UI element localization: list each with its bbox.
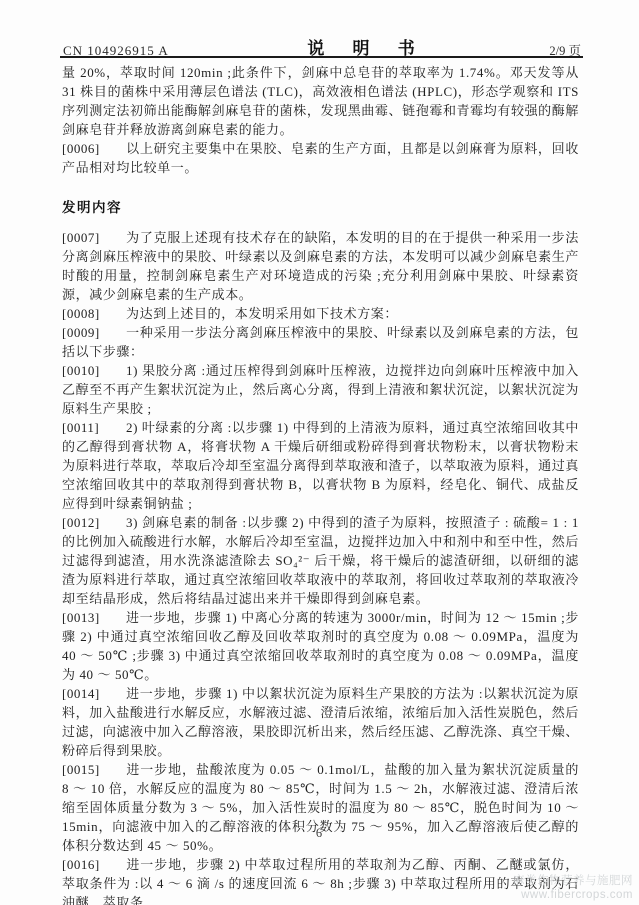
- paragraph-0013: [0013]进一步地，步骤 1) 中离心分离的转速为 3000r/min，时间为…: [62, 608, 579, 684]
- paragraph-0014: [0014]进一步地，步骤 1) 中以絮状沉淀为原料生产果胶的方法为 :以絮状沉…: [62, 684, 579, 760]
- paragraph-0012: [0012]3) 剑麻皂素的制备 :以步骤 2) 中得到的渣子为原料，按照渣子 …: [62, 513, 579, 608]
- paragraph-tag: [0007]: [62, 228, 126, 247]
- paragraph-text: 1) 果胶分离 :通过压榨得到剑麻叶压榨液，边搅拌边向剑麻叶压榨液中加入乙醇至不…: [62, 363, 579, 416]
- paragraph-tag: [0014]: [62, 684, 126, 703]
- paragraph-tag: [0009]: [62, 323, 126, 342]
- paragraph-tag: [0016]: [62, 855, 126, 874]
- paragraph-0006: [0006]以上研究主要集中在果胶、皂素的生产方面，且都是以剑麻膏为原料，回收产…: [62, 139, 579, 177]
- paragraph-0016: [0016]进一步地，步骤 2) 中萃取过程所用的萃取剂为乙醇、丙酮、乙醚或氯仿…: [62, 855, 579, 905]
- paragraph-0008: [0008]为达到上述目的，本发明采用如下技术方案：: [62, 304, 579, 323]
- paragraph-0007: [0007]为了克服上述现有技术存在的缺陷，本发明的目的在于提供一种采用一步法分…: [62, 228, 579, 304]
- watermark: 麻类作物营养与施肥网 www.fibercrops.com: [513, 874, 633, 902]
- paragraph-0010: [0010]1) 果胶分离 :通过压榨得到剑麻叶压榨液，边搅拌边向剑麻叶压榨液中…: [62, 361, 579, 418]
- paragraph-text: 为了克服上述现有技术存在的缺陷，本发明的目的在于提供一种采用一步法分离剑麻压榨液…: [62, 230, 579, 302]
- paragraph-tag: [0012]: [62, 513, 126, 532]
- paragraph-text: 以上研究主要集中在果胶、皂素的生产方面，且都是以剑麻膏为原料，回收产品相对均比较…: [62, 141, 579, 175]
- patent-specification-page: CN 104926915 A 说 明 书 2/9 页 量 20%，萃取时间 12…: [0, 0, 639, 905]
- paragraph-text: 2) 叶绿素的分离 :以步骤 1) 中得到的上清液为原料，通过真空浓缩回收其中的…: [62, 420, 579, 511]
- watermark-site-name: 麻类作物营养与施肥网: [513, 874, 633, 888]
- paragraph-tag: [0015]: [62, 760, 126, 779]
- section-heading-invention-content: 发明内容: [62, 198, 579, 217]
- paragraph-tag: [0008]: [62, 304, 126, 323]
- paragraph-text: 进一步地，步骤 1) 中离心分离的转速为 3000r/min，时间为 12 ～ …: [62, 610, 579, 682]
- paragraph-tag: [0011]: [62, 418, 126, 437]
- paragraph-text: 进一步地，步骤 2) 中萃取过程所用的萃取剂为乙醇、丙酮、乙醚或氯仿，萃取条件为…: [62, 857, 579, 905]
- paragraph-text: 进一步地，步骤 1) 中以絮状沉淀为原料生产果胶的方法为 :以絮状沉淀为原料，加…: [62, 686, 579, 758]
- paragraph-text: 一种采用一步法分离剑麻压榨液中的果胶、叶绿素以及剑麻皂素的方法，包括以下步骤：: [62, 325, 579, 359]
- paragraph-text: 为达到上述目的，本发明采用如下技术方案：: [126, 306, 398, 321]
- paragraph-tag: [0006]: [62, 139, 126, 158]
- paragraph-continuation: 量 20%，萃取时间 120min ;此条件下，剑麻中总皂苷的萃取率为 1.74…: [62, 63, 579, 139]
- document-body: 量 20%，萃取时间 120min ;此条件下，剑麻中总皂苷的萃取率为 1.74…: [62, 63, 579, 905]
- paragraph-text: 量 20%，萃取时间 120min ;此条件下，剑麻中总皂苷的萃取率为 1.74…: [62, 65, 579, 137]
- paragraph-tag: [0010]: [62, 361, 126, 380]
- page-number: 6: [0, 826, 639, 841]
- watermark-site-url: www.fibercrops.com: [513, 888, 633, 902]
- paragraph-tag: [0013]: [62, 608, 126, 627]
- header-divider: [60, 56, 583, 58]
- paragraph-text: 3) 剑麻皂素的制备 :以步骤 2) 中得到的渣子为原料，按照渣子 : 硫酸= …: [62, 515, 579, 606]
- paragraph-0009: [0009]一种采用一步法分离剑麻压榨液中的果胶、叶绿素以及剑麻皂素的方法，包括…: [62, 323, 579, 361]
- paragraph-0011: [0011]2) 叶绿素的分离 :以步骤 1) 中得到的上清液为原料，通过真空浓…: [62, 418, 579, 513]
